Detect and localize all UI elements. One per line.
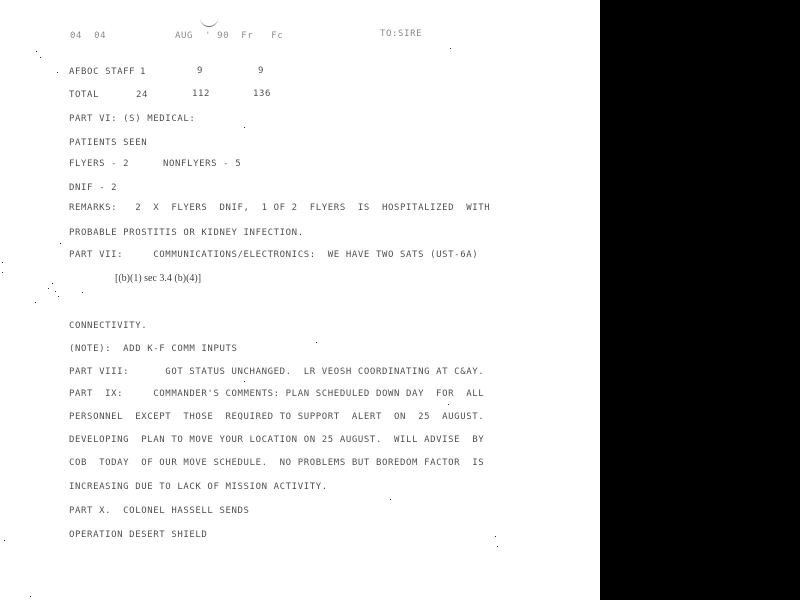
nonflyers-count: NONFLYERS - 5 [163,159,241,170]
scan-speck [450,48,451,49]
scanned-document: 04 04 AUG ' 90 Fr Fc TO:SIRE AFBOC STAFF… [0,0,600,600]
scan-speck [497,546,498,547]
row-value-3: 136 [253,89,271,100]
remarks: REMARKS: 2 X FLYERS DNIF, 1 OF 2 FLYERS … [69,203,490,214]
scan-speck [48,288,49,289]
dnif-count: DNIF - 2 [69,183,117,194]
scan-speck [316,342,317,343]
part-9-line-5: INCREASING DUE TO LACK OF MISSION ACTIVI… [69,482,328,493]
patients-seen: PATIENTS SEEN [69,138,147,149]
scan-speck [58,296,59,297]
row-label: AFBOC STAFF [69,67,135,78]
row-value-2: 9 [197,66,203,77]
scan-speck [4,540,5,541]
operation-name: OPERATION DESERT SHIELD [69,530,207,541]
scan-speck [55,291,56,292]
note: (NOTE): ADD K-F COMM INPUTS [69,344,238,355]
scan-speck [448,404,449,405]
header-date: AUG ' 90 Fr Fc [175,31,283,42]
scan-speck [36,51,37,52]
page: 04 04 AUG ' 90 Fr Fc TO:SIRE AFBOC STAFF… [0,0,800,600]
row-value-1: 24 [136,90,148,101]
flyers-count: FLYERS - 2 [69,159,129,170]
remarks-continued: PROBABLE PROSTITIS OR KIDNEY INFECTION. [69,228,304,239]
black-margin-panel [600,0,800,600]
part-9-comments: PART IX: COMMANDER'S COMMENTS: PLAN SCHE… [69,389,484,400]
row-value-2: 112 [192,89,210,100]
row-label: TOTAL [69,90,99,101]
scan-speck [2,272,3,273]
scan-speck [40,57,41,58]
scan-speck [82,292,83,293]
scan-speck [244,127,245,128]
scan-speck [244,381,245,382]
part-7-communications: PART VII: COMMUNICATIONS/ELECTRONICS: WE… [69,250,478,261]
part-9-line-2: PERSONNEL EXCEPT THOSE REQUIRED TO SUPPO… [69,412,484,423]
part-8-status: PART VIII: GOT STATUS UNCHANGED. LR VEOS… [69,367,484,378]
header-left: 04 04 [70,31,106,42]
scan-speck [35,302,36,303]
connectivity: CONNECTIVITY. [69,321,147,332]
scan-mark [200,18,218,27]
scan-speck [2,262,3,263]
row-value-1: 1 [140,67,146,78]
header-right: TO:SIRE [380,29,422,40]
scan-speck [57,72,58,73]
redaction-marker: [(b)(1) sec 3.4 (b)(4)] [115,273,201,284]
row-value-3: 9 [258,66,264,77]
scan-speck [30,596,31,597]
scan-speck [390,499,391,500]
part-9-line-3: DEVELOPING PLAN TO MOVE YOUR LOCATION ON… [69,435,484,446]
part-9-line-4: COB TODAY OF OUR MOVE SCHEDULE. NO PROBL… [69,458,484,469]
scan-speck [52,283,53,284]
scan-speck [495,536,496,537]
part-10-sender: PART X. COLONEL HASSELL SENDS [69,506,250,517]
scan-speck [60,243,61,244]
part-6-heading: PART VI: (S) MEDICAL: [69,114,195,125]
